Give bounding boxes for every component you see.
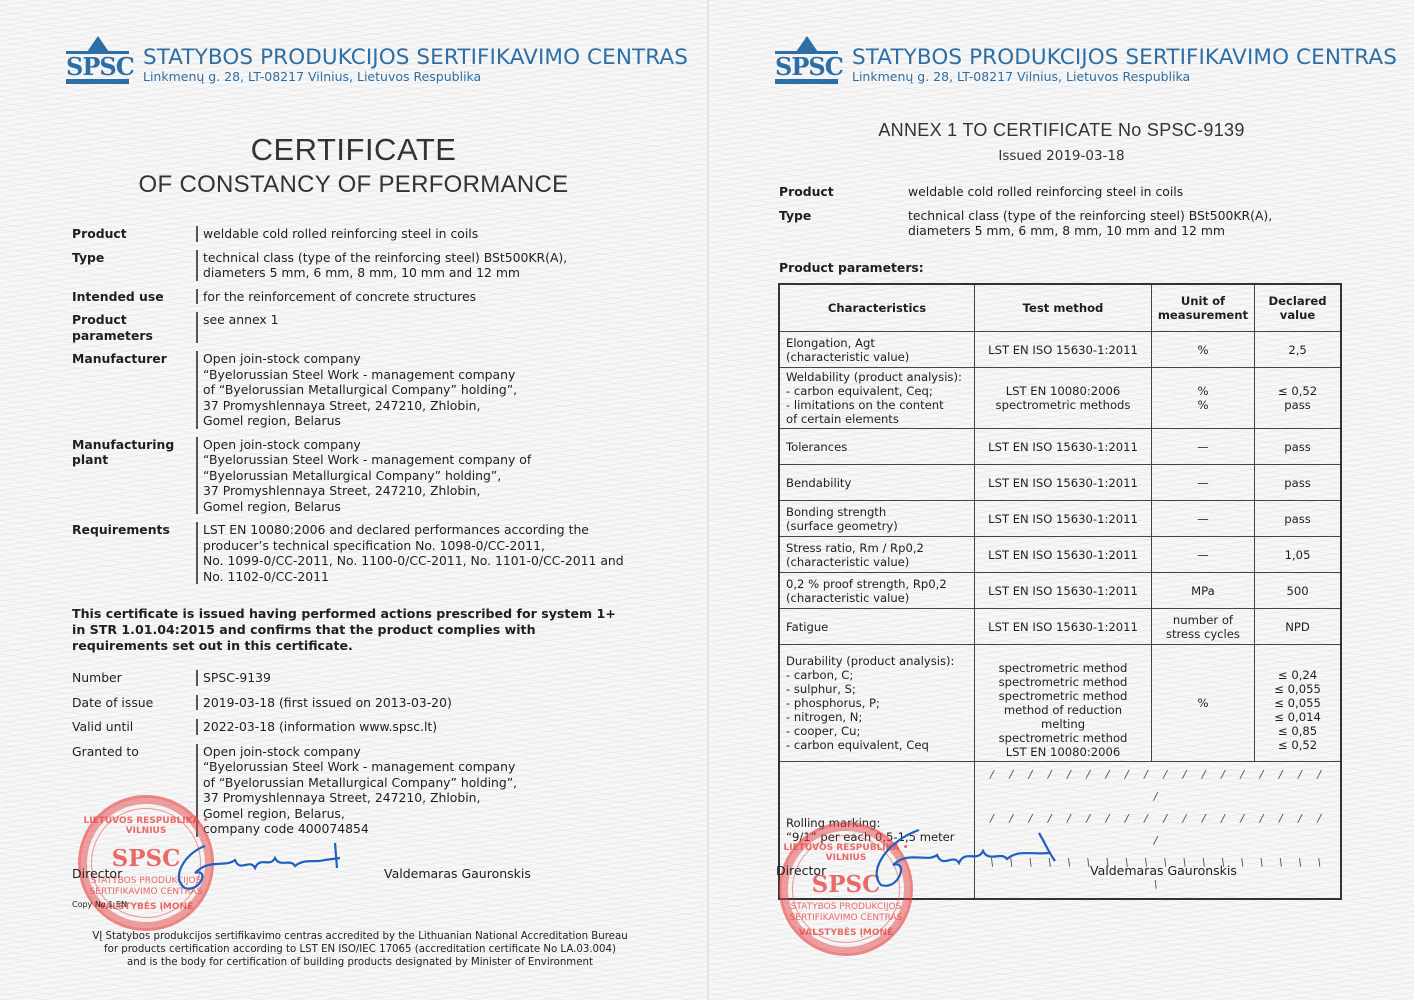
field-requirements: Requirements LST EN 10080:2006 and decla… [72, 522, 652, 592]
cell-characteristic: Elongation, Agt (characteristic value) [779, 332, 975, 368]
table-row: 0,2 % proof strength, Rp0,2 (characteris… [779, 573, 1341, 609]
director-name: Valdemaras Gauronskis [1090, 863, 1237, 878]
cell-declared-value: 1,05 [1255, 537, 1341, 573]
table-row: TolerancesLST EN ISO 15630-1:2011—pass [779, 429, 1341, 465]
cell-test-method: LST EN 10080:2006 spectrometric methods [975, 368, 1152, 429]
org-name: STATYBOS PRODUKCIJOS SERTIFIKAVIMO CENTR… [852, 46, 1397, 70]
certificate-subtitle: OF CONSTANCY OF PERFORMANCE [0, 171, 707, 199]
cell-characteristic: Weldability (product analysis): - carbon… [779, 368, 975, 429]
cell-test-method: LST EN ISO 15630-1:2011 [975, 537, 1152, 573]
cell-declared-value: 500 [1255, 573, 1341, 609]
field-type: Type technical class (type of the reinfo… [72, 250, 652, 289]
accreditation-footer: VĮ Statybos produkcijos sertifikavimo ce… [60, 930, 660, 969]
table-row: FatigueLST EN ISO 15630-1:2011number of … [779, 609, 1341, 645]
cell-characteristic: Bendability [779, 465, 975, 501]
signature-icon [859, 825, 1079, 895]
header-unit: Unit of measurement [1151, 284, 1254, 332]
product-parameters-label: Product parameters: [779, 260, 924, 275]
annex-field-product: Product weldable cold rolled reinforcing… [779, 184, 1379, 208]
cell-unit: — [1151, 501, 1254, 537]
cell-characteristic: Tolerances [779, 429, 975, 465]
signature-icon [165, 838, 355, 898]
cell-unit: % [1151, 645, 1254, 762]
table-row: Stress ratio, Rm / Rp0,2 (characteristic… [779, 537, 1341, 573]
copy-note: Copy No 1 EN [72, 900, 127, 909]
cell-unit: — [1151, 465, 1254, 501]
spsc-logo-icon: SPSC [66, 38, 129, 82]
cell-test-method: LST EN ISO 15630-1:2011 [975, 501, 1152, 537]
certificate-title: CERTIFICATE [0, 132, 707, 168]
director-label: Director [72, 866, 122, 881]
table-row: Elongation, Agt (characteristic value)LS… [779, 332, 1341, 368]
table-row: Bonding strength (surface geometry)LST E… [779, 501, 1341, 537]
director-name: Valdemaras Gauronskis [384, 866, 531, 881]
org-header: SPSC STATYBOS PRODUKCIJOS SERTIFIKAVIMO … [66, 38, 688, 84]
cell-characteristic: 0,2 % proof strength, Rp0,2 (characteris… [779, 573, 975, 609]
detail-number: Number SPSC-9139 [72, 670, 652, 695]
annex-page: SPSC STATYBOS PRODUKCIJOS SERTIFIKAVIMO … [709, 0, 1414, 1000]
field-intended-use: Intended use for the reinforcement of co… [72, 289, 652, 313]
cell-declared-value: pass [1255, 501, 1341, 537]
cell-declared-value: pass [1255, 465, 1341, 501]
table-row: BendabilityLST EN ISO 15630-1:2011—pass [779, 465, 1341, 501]
cell-declared-value: ≤ 0,24 ≤ 0,055 ≤ 0,055 ≤ 0,014 ≤ 0,85 ≤ … [1255, 645, 1341, 762]
certificate-fields: Product weldable cold rolled reinforcing… [72, 226, 652, 592]
cell-unit: — [1151, 537, 1254, 573]
cell-unit: % [1151, 332, 1254, 368]
detail-valid-until: Valid until 2022-03-18 (information www.… [72, 719, 652, 744]
org-address: Linkmenų g. 28, LT-08217 Vilnius, Lietuv… [852, 70, 1397, 84]
org-name: STATYBOS PRODUKCIJOS SERTIFIKAVIMO CENTR… [143, 46, 688, 70]
cell-declared-value: ≤ 0,52 pass [1255, 368, 1341, 429]
cell-test-method: LST EN ISO 15630-1:2011 [975, 465, 1152, 501]
director-label: Director [776, 863, 826, 878]
field-product: Product weldable cold rolled reinforcing… [72, 226, 652, 250]
cell-test-method: LST EN ISO 15630-1:2011 [975, 573, 1152, 609]
annex-title: ANNEX 1 TO CERTIFICATE No SPSC-9139 [709, 120, 1414, 141]
field-product-parameters: Product parameters see annex 1 [72, 312, 652, 351]
header-declared-value: Declared value [1255, 284, 1341, 332]
cell-declared-value: NPD [1255, 609, 1341, 645]
header-test-method: Test method [975, 284, 1152, 332]
certificate-page: SPSC STATYBOS PRODUKCIJOS SERTIFIKAVIMO … [0, 0, 707, 1000]
cell-test-method: LST EN ISO 15630-1:2011 [975, 429, 1152, 465]
table-row: Durability (product analysis): - carbon,… [779, 645, 1341, 762]
cell-unit: % % [1151, 368, 1254, 429]
cell-test-method: LST EN ISO 15630-1:2011 [975, 332, 1152, 368]
cell-characteristic: Durability (product analysis): - carbon,… [779, 645, 975, 762]
cell-unit: number of stress cycles [1151, 609, 1254, 645]
cell-characteristic: Stress ratio, Rm / Rp0,2 (characteristic… [779, 537, 975, 573]
cell-unit: — [1151, 429, 1254, 465]
cell-test-method: spectrometric method spectrometric metho… [975, 645, 1152, 762]
annex-field-type: Type technical class (type of the reinfo… [779, 208, 1379, 247]
product-parameters-table: Characteristics Test method Unit of meas… [778, 283, 1342, 900]
field-manufacturer: Manufacturer Open join-stock company “By… [72, 351, 652, 437]
field-manufacturing-plant: Manufacturing plant Open join-stock comp… [72, 437, 652, 523]
compliance-statement: This certificate is issued having perfor… [72, 606, 632, 654]
cell-test-method: LST EN ISO 15630-1:2011 [975, 609, 1152, 645]
header-characteristics: Characteristics [779, 284, 975, 332]
detail-date-of-issue: Date of issue 2019-03-18 (first issued o… [72, 695, 652, 720]
org-address: Linkmenų g. 28, LT-08217 Vilnius, Lietuv… [143, 70, 688, 84]
cell-declared-value: 2,5 [1255, 332, 1341, 368]
cell-characteristic: Fatigue [779, 609, 975, 645]
org-header: SPSC STATYBOS PRODUKCIJOS SERTIFIKAVIMO … [775, 38, 1397, 84]
cell-unit: MPa [1151, 573, 1254, 609]
table-header-row: Characteristics Test method Unit of meas… [779, 284, 1341, 332]
table-row: Weldability (product analysis): - carbon… [779, 368, 1341, 429]
annex-fields: Product weldable cold rolled reinforcing… [779, 184, 1379, 247]
cell-characteristic: Bonding strength (surface geometry) [779, 501, 975, 537]
annex-issued-date: Issued 2019-03-18 [709, 148, 1414, 164]
cell-declared-value: pass [1255, 429, 1341, 465]
spsc-logo-icon: SPSC [775, 38, 838, 82]
